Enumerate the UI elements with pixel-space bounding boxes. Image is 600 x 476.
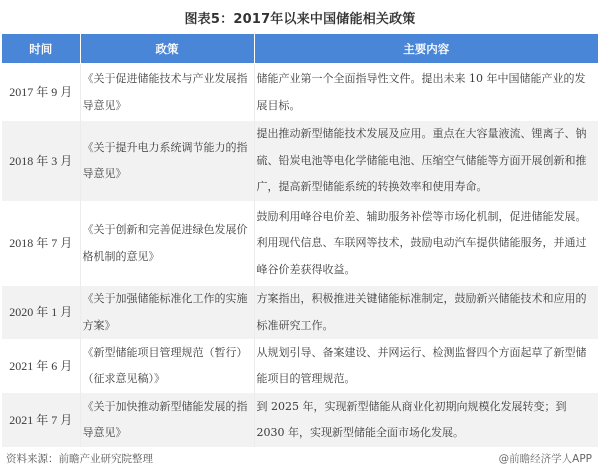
cell-content: 到 2025 年，实现新型储能从商业化初期向规模化发展转变；到 2030 年，实… bbox=[254, 393, 598, 447]
table-row: 2021 年 6 月 《新型储能项目管理规范（暂行）（征求意见稿）》 从规划引导… bbox=[2, 339, 598, 393]
cell-content: 方案指出，积极推进关键储能标准制定，鼓励新兴储能技术和应用的标准研究工作。 bbox=[254, 286, 598, 339]
policy-table: 时间 政策 主要内容 2017 年 9 月 《关于促进储能技术与产业发展指导意见… bbox=[2, 34, 598, 447]
cell-time: 2021 年 7 月 bbox=[2, 393, 80, 447]
table-row: 2018 年 3 月 《关于提升电力系统调节能力的指导意见》 提出推动新型储能技… bbox=[2, 121, 598, 201]
column-header-time: 时间 bbox=[2, 34, 80, 64]
cell-policy: 《关于加快推动新型储能发展的指导意见》 bbox=[80, 393, 254, 447]
credit-watermark: @前瞻经济学人APP bbox=[499, 451, 592, 466]
table-row: 2018 年 7 月 《关于创新和完善促进绿色发展价格机制的意见》 鼓励利用峰谷… bbox=[2, 201, 598, 286]
column-header-content: 主要内容 bbox=[254, 34, 598, 64]
table-row: 2017 年 9 月 《关于促进储能技术与产业发展指导意见》 储能产业第一个全面… bbox=[2, 64, 598, 122]
cell-policy: 《关于促进储能技术与产业发展指导意见》 bbox=[80, 64, 254, 122]
cell-time: 2020 年 1 月 bbox=[2, 286, 80, 339]
cell-content: 鼓励利用峰谷电价差、辅助服务补偿等市场化机制，促进储能发展。利用现代信息、车联网… bbox=[254, 201, 598, 286]
table-header-row: 时间 政策 主要内容 bbox=[2, 34, 598, 64]
cell-policy: 《新型储能项目管理规范（暂行）（征求意见稿）》 bbox=[80, 339, 254, 393]
cell-time: 2021 年 6 月 bbox=[2, 339, 80, 393]
cell-content: 提出推动新型储能技术发展及应用。重点在大容量液流、锂离子、钠硫、铅炭电池等电化学… bbox=[254, 121, 598, 201]
table-row: 2021 年 7 月 《关于加快推动新型储能发展的指导意见》 到 2025 年，… bbox=[2, 393, 598, 447]
cell-time: 2018 年 3 月 bbox=[2, 121, 80, 201]
cell-policy: 《关于创新和完善促进绿色发展价格机制的意见》 bbox=[80, 201, 254, 286]
cell-policy: 《关于加强储能标准化工作的实施方案》 bbox=[80, 286, 254, 339]
cell-policy: 《关于提升电力系统调节能力的指导意见》 bbox=[80, 121, 254, 201]
cell-time: 2018 年 7 月 bbox=[2, 201, 80, 286]
column-header-policy: 政策 bbox=[80, 34, 254, 64]
cell-time: 2017 年 9 月 bbox=[2, 64, 80, 122]
figure-title: 图表5：2017年以来中国储能相关政策 bbox=[0, 8, 600, 27]
cell-content: 储能产业第一个全面指导性文件。提出未来 10 年中国储能产业的发展目标。 bbox=[254, 64, 598, 122]
cell-content: 从规划引导、备案建设、并网运行、检测监督四个方面起草了新型储能项目的管理规范。 bbox=[254, 339, 598, 393]
table-row: 2020 年 1 月 《关于加强储能标准化工作的实施方案》 方案指出，积极推进关… bbox=[2, 286, 598, 339]
source-note: 资料来源：前瞻产业研究院整理 bbox=[6, 451, 153, 466]
